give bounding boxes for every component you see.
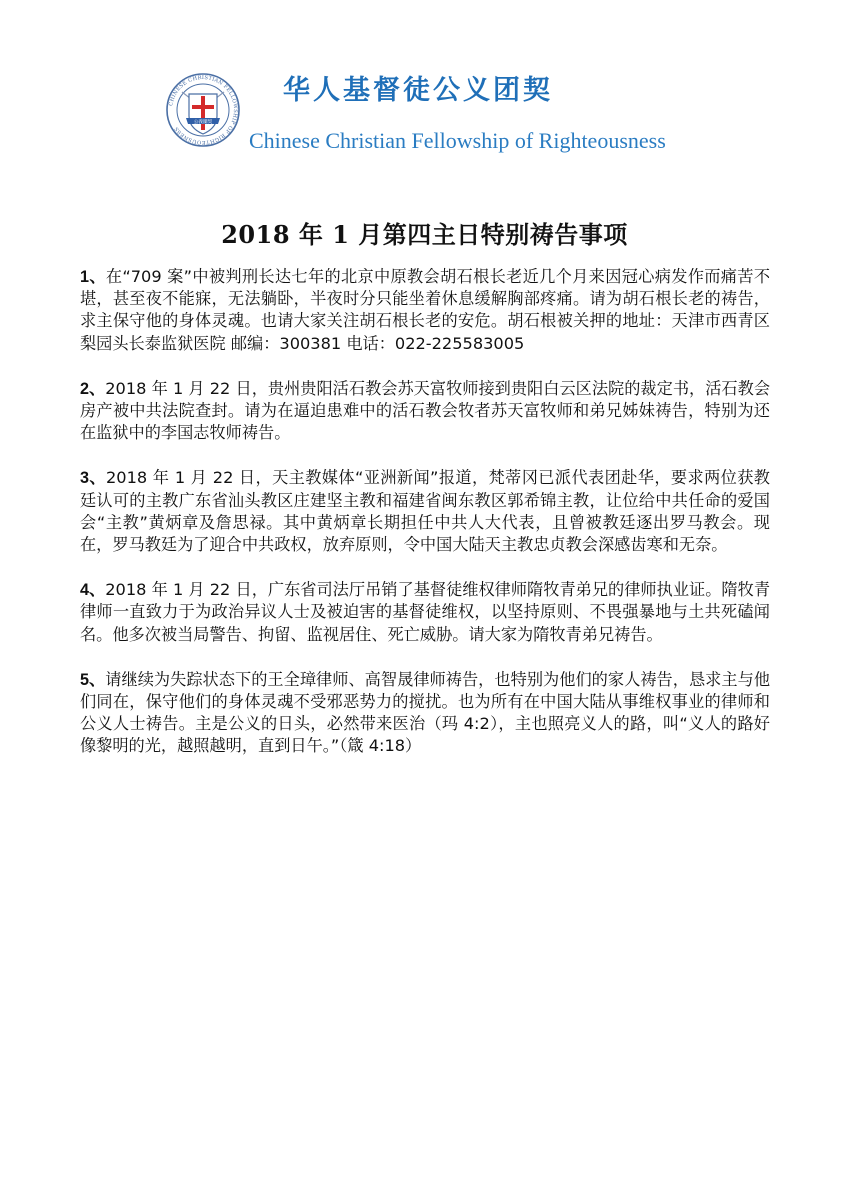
item-separator: 、 (89, 671, 105, 689)
item-separator: 、 (89, 469, 106, 487)
org-name-english: Chinese Christian Fellowship of Righteou… (249, 128, 666, 154)
prayer-item-3: 3、2018 年 1 月 22 日，天主教媒体“亚洲新闻”报道，梵蒂冈已派代表团… (80, 467, 770, 556)
item-number: 1 (80, 268, 89, 286)
item-number: 4 (80, 581, 89, 599)
fellowship-logo-icon: CHINESE CHRISTIAN FELLOWSHIP OF RIGHTEOU… (165, 72, 241, 148)
org-name-chinese: 华人基督徒公义团契 (283, 68, 553, 107)
letterhead: CHINESE CHRISTIAN FELLOWSHIP OF RIGHTEOU… (165, 68, 685, 148)
item-number: 2 (80, 380, 89, 398)
item-number: 3 (80, 469, 89, 487)
document-title: 2018 年 1 月第四主日特别祷告事项 (0, 215, 849, 250)
item-text: 请继续为失踪状态下的王全璋律师、高智晟律师祷告，也特别为他们的家人祷告，恳求主与… (80, 670, 770, 756)
item-text: 在“709 案”中被判刑长达七年的北京中原教会胡石根长老近几个月来因冠心病发作而… (80, 267, 770, 353)
prayer-items-list: 1、在“709 案”中被判刑长达七年的北京中原教会胡石根长老近几个月来因冠心病发… (80, 266, 770, 781)
item-text: 2018 年 1 月 22 日，天主教媒体“亚洲新闻”报道，梵蒂冈已派代表团赴华… (80, 468, 770, 554)
item-separator: 、 (89, 268, 106, 286)
item-separator: 、 (89, 380, 105, 398)
item-number: 5 (80, 671, 89, 689)
prayer-item-1: 1、在“709 案”中被判刑长达七年的北京中原教会胡石根长老近几个月来因冠心病发… (80, 266, 770, 355)
item-separator: 、 (89, 581, 105, 599)
prayer-item-2: 2、2018 年 1 月 22 日，贵州贵阳活石教会苏天富牧师接到贵阳白云区法院… (80, 378, 770, 445)
prayer-item-4: 4、2018 年 1 月 22 日，广东省司法厅吊销了基督徒维权律师隋牧青弟兄的… (80, 579, 770, 646)
prayer-item-5: 5、请继续为失踪状态下的王全璋律师、高智晟律师祷告，也特别为他们的家人祷告，恳求… (80, 669, 770, 758)
item-text: 2018 年 1 月 22 日，广东省司法厅吊销了基督徒维权律师隋牧青弟兄的律师… (80, 580, 770, 643)
svg-text:公義團契: 公義團契 (194, 118, 213, 125)
item-text: 2018 年 1 月 22 日，贵州贵阳活石教会苏天富牧师接到贵阳白云区法院的裁… (80, 379, 770, 442)
